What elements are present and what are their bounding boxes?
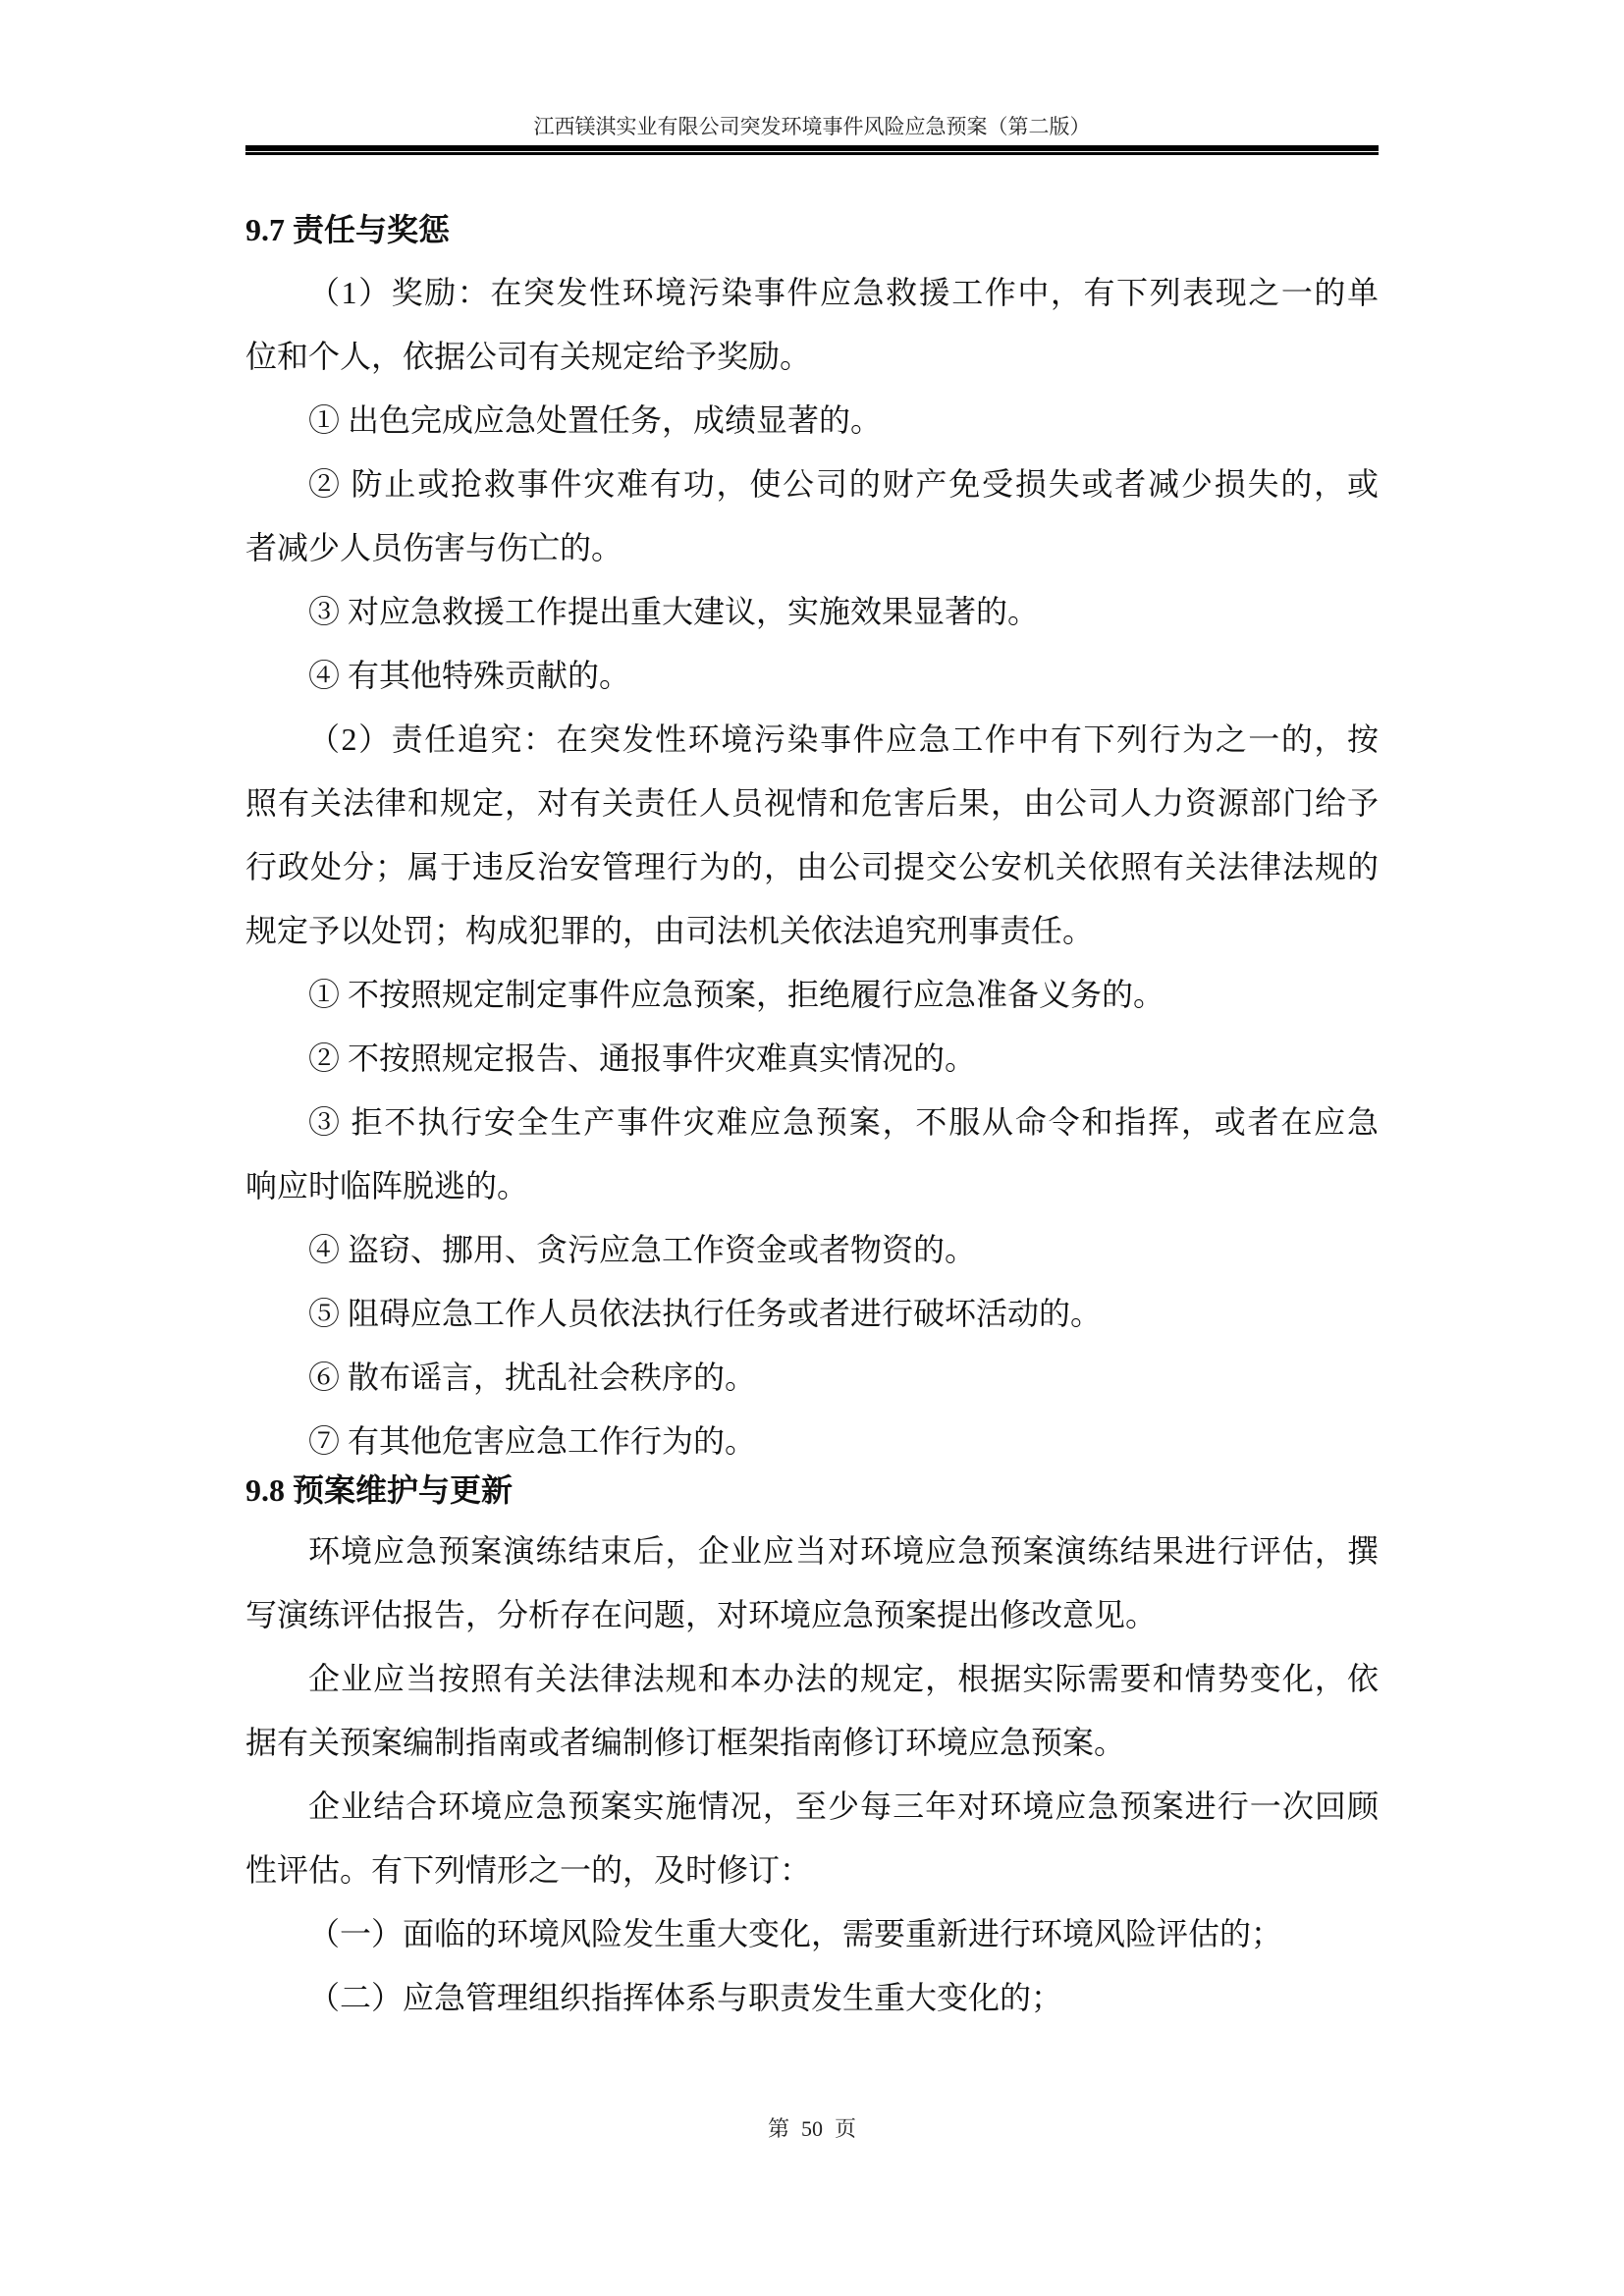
paragraph-line: 规定予以处罚；构成犯罪的，由司法机关依法追究刑事责任。 bbox=[245, 911, 1379, 950]
list-item: ⑤ 阻碍应急工作人员依法执行任务或者进行破坏活动的。 bbox=[245, 1294, 1379, 1333]
paragraph-line: 照有关法律和规定，对有关责任人员视情和危害后果，由公司人力资源部门给予 bbox=[245, 783, 1379, 823]
list-item: ④ 盗窃、挪用、贪污应急工作资金或者物资的。 bbox=[245, 1230, 1379, 1269]
list-item: （一）面临的环境风险发生重大变化，需要重新进行环境风险评估的； bbox=[245, 1914, 1379, 1953]
paragraph-line: 行政处分；属于违反治安管理行为的，由公司提交公安机关依照有关法律法规的 bbox=[245, 847, 1379, 886]
page-number: 50 bbox=[801, 2116, 823, 2141]
paragraph-line: 企业应当按照有关法律法规和本办法的规定，根据实际需要和情势变化，依 bbox=[245, 1659, 1379, 1698]
list-item: ③ 对应急救援工作提出重大建议，实施效果显著的。 bbox=[245, 592, 1379, 631]
page-footer: 第50页 bbox=[0, 2112, 1624, 2143]
page-label-prefix: 第 bbox=[768, 2116, 789, 2141]
paragraph-line: （2）责任追究：在突发性环境污染事件应急工作中有下列行为之一的，按 bbox=[245, 720, 1379, 759]
paragraph-line: 据有关预案编制指南或者编制修订框架指南修订环境应急预案。 bbox=[245, 1723, 1379, 1762]
section-heading-9-7: 9.7 责任与奖惩 bbox=[245, 210, 450, 249]
list-item: ⑥ 散布谣言，扰乱社会秩序的。 bbox=[245, 1358, 1379, 1397]
page-label-suffix: 页 bbox=[835, 2116, 856, 2141]
running-header-title: 江西镁淇实业有限公司突发环境事件风险应急预案（第二版） bbox=[245, 114, 1379, 139]
header-rule-thick bbox=[245, 145, 1379, 151]
paragraph-line: （1）奖励：在突发性环境污染事件应急救援工作中，有下列表现之一的单 bbox=[245, 273, 1379, 312]
paragraph-line: 响应时临阵脱逃的。 bbox=[245, 1166, 1379, 1205]
list-item: ⑦ 有其他危害应急工作行为的。 bbox=[245, 1421, 1379, 1461]
paragraph-line: 企业结合环境应急预案实施情况，至少每三年对环境应急预案进行一次回顾 bbox=[245, 1787, 1379, 1826]
list-item: ② 不按照规定报告、通报事件灾难真实情况的。 bbox=[245, 1039, 1379, 1078]
document-page: 江西镁淇实业有限公司突发环境事件风险应急预案（第二版） 9.7 责任与奖惩 （1… bbox=[0, 0, 1624, 2296]
paragraph-line: 写演练评估报告，分析存在问题，对环境应急预案提出修改意见。 bbox=[245, 1595, 1379, 1634]
list-item: ② 防止或抢救事件灾难有功，使公司的财产免受损失或者减少损失的，或 bbox=[245, 464, 1379, 504]
header-rule-thin bbox=[245, 152, 1379, 155]
list-item: （二）应急管理组织指挥体系与职责发生重大变化的； bbox=[245, 1978, 1379, 2017]
paragraph-line: 位和个人，依据公司有关规定给予奖励。 bbox=[245, 337, 1379, 376]
paragraph-line: 者减少人员伤害与伤亡的。 bbox=[245, 528, 1379, 567]
list-item: ① 出色完成应急处置任务，成绩显著的。 bbox=[245, 400, 1379, 440]
section-heading-9-8: 9.8 预案维护与更新 bbox=[245, 1470, 513, 1510]
list-item: ① 不按照规定制定事件应急预案，拒绝履行应急准备义务的。 bbox=[245, 975, 1379, 1014]
paragraph-line: 性评估。有下列情形之一的，及时修订： bbox=[245, 1850, 1379, 1890]
paragraph-line: 环境应急预案演练结束后，企业应当对环境应急预案演练结果进行评估，撰 bbox=[245, 1531, 1379, 1571]
list-item: ④ 有其他特殊贡献的。 bbox=[245, 656, 1379, 695]
list-item: ③ 拒不执行安全生产事件灾难应急预案，不服从命令和指挥，或者在应急 bbox=[245, 1102, 1379, 1142]
